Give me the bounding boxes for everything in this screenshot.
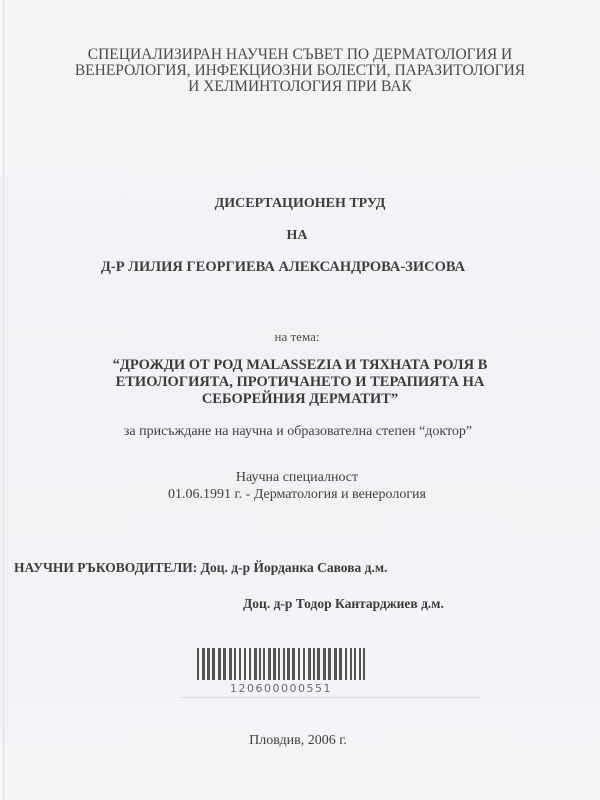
document-page: СПЕЦИАЛИЗИРАН НАУЧЕН СЪВЕТ ПО ДЕРМАТОЛОГ… (0, 0, 600, 800)
author-name: Д-Р ЛИЛИЯ ГЕОРГИЕВА АЛЕКСАНДРОВА-ЗИСОВА (0, 259, 583, 276)
barcode-number: 120600000551 (192, 682, 370, 695)
supervisor-2: Доц. д-р Тодор Кантарджиев д.м. (243, 596, 444, 612)
place-and-year: Пловдив, 2006 г. (0, 733, 598, 749)
council-header-line-2: ВЕНЕРОЛОГИЯ, ИНФЕКЦИОЗНИ БОЛЕСТИ, ПАРАЗИ… (0, 63, 600, 79)
barcode-bars (197, 648, 365, 680)
topic-line-3: СЕБОРЕЙНИЯ ДЕРМАТИТ” (0, 391, 600, 408)
supervisors-row-1: НАУЧНИ РЪКОВОДИТЕЛИ: Доц. д-р Йорданка С… (14, 560, 387, 576)
topic-line-2: ЕТИОЛОГИЯТА, ПРОТИЧАНЕТО И ТЕРАПИЯТА НА (0, 374, 600, 391)
supervisor-1: Доц. д-р Йорданка Савова д.м. (201, 560, 388, 575)
library-barcode: 120600000551 (192, 640, 370, 696)
barcode-label-edge (180, 697, 480, 698)
work-type-heading: ДИСЕРТАЦИОНЕН ТРУД (0, 196, 600, 212)
topic-line-1: “ДРОЖДИ ОТ РОД MALASSEZIA И ТЯХНАТА РОЛЯ… (0, 357, 600, 374)
supervisors-label: НАУЧНИ РЪКОВОДИТЕЛИ: (14, 560, 197, 575)
specialty-value: 01.06.1991 г. - Дерматология и венеролог… (0, 487, 597, 503)
of-label: НА (0, 228, 597, 244)
topic-label: на тема: (0, 329, 597, 345)
council-header-line-1: СПЕЦИАЛИЗИРАН НАУЧЕН СЪВЕТ ПО ДЕРМАТОЛОГ… (0, 47, 600, 63)
specialty-label: Научна специалност (0, 470, 597, 486)
council-header-line-3: И ХЕЛМИНТОЛОГИЯ ПРИ ВАК (0, 79, 600, 95)
degree-line: за присъждане на научна и образователна … (0, 424, 598, 440)
